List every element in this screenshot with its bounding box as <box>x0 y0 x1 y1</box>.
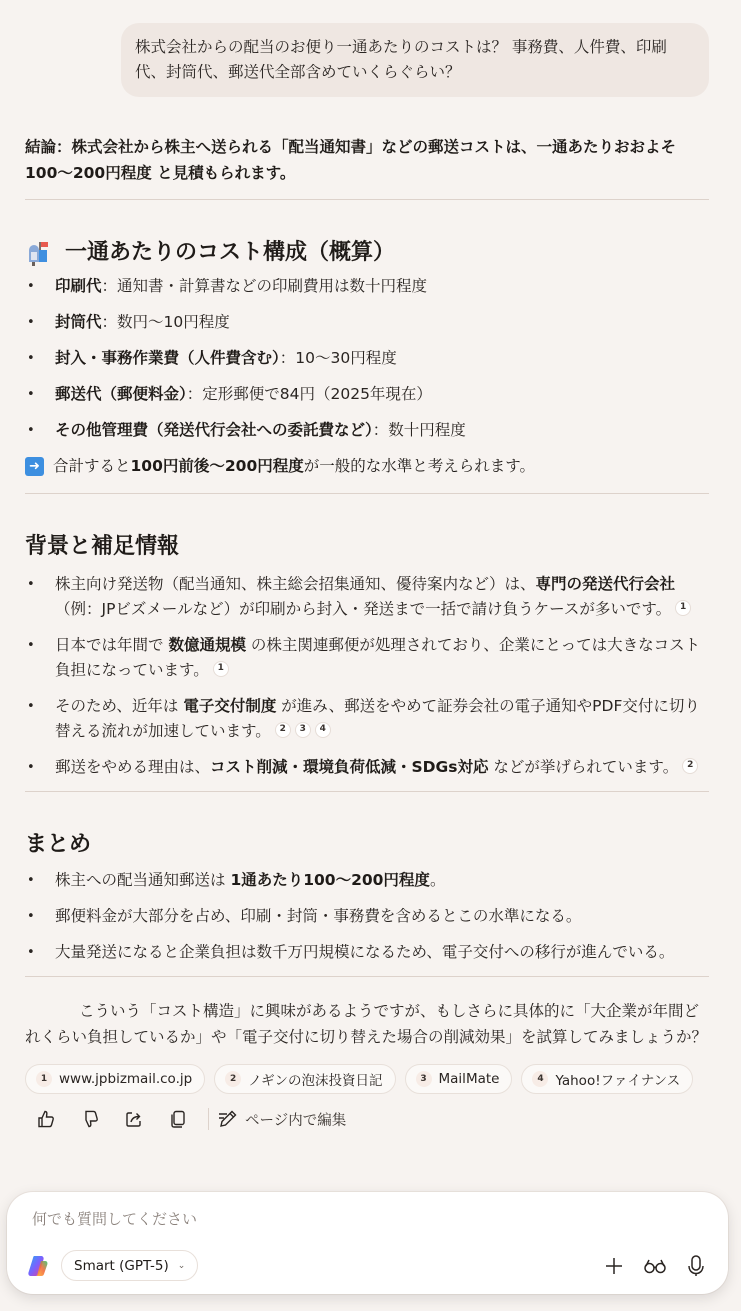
add-button[interactable] <box>600 1252 628 1280</box>
item-text: ：通知書・計算書などの印刷費用は数十円程度 <box>102 277 428 295</box>
copilot-logo-icon <box>26 1254 50 1278</box>
source-chip-4[interactable]: 4Yahoo!ファイナンス <box>521 1064 693 1094</box>
citation-badge[interactable]: 1 <box>675 600 691 616</box>
right-arrow-icon: ➜ <box>25 457 44 476</box>
microphone-icon <box>686 1254 706 1278</box>
user-message-text: 株式会社からの配当のお便り一通あたりのコストは？ 事務費、人件費、印刷代、封筒代… <box>135 38 667 81</box>
item-text: 株主への配当通知郵送は <box>55 871 230 889</box>
total-bold: 100円前後〜200円程度 <box>131 454 304 479</box>
chat-composer: Smart (GPT-5) ⌄ <box>7 1192 728 1294</box>
pencil-icon <box>217 1108 241 1130</box>
item-text: 日本では年間で <box>55 636 168 654</box>
edit-label: ページ内で編集 <box>245 1109 346 1130</box>
divider <box>25 791 709 792</box>
item-text: ：数円〜10円程度 <box>102 313 230 331</box>
dislike-button[interactable] <box>68 1104 112 1134</box>
list-item: 日本では年間で 数億通規模 の株主関連郵便が処理されており、企業にとっては大きな… <box>25 633 709 683</box>
list-item: 大量発送になると企業負担は数千万円規模になるため、電子交付への移行が進んでいる。 <box>25 940 709 965</box>
source-label: MailMate <box>439 1071 500 1087</box>
source-label: Yahoo!ファイナンス <box>555 1069 680 1089</box>
chat-input[interactable] <box>32 1208 632 1230</box>
summary-list: 株主への配当通知郵送は 1通あたり100〜200円程度。 郵便料金が大部分を占め… <box>25 868 709 965</box>
glasses-icon <box>643 1256 667 1276</box>
item-label: 印刷代 <box>55 277 102 295</box>
source-number: 2 <box>225 1071 241 1087</box>
item-bold: 専門の発送代行会社 <box>536 575 676 593</box>
assistant-answer: 結論：株式会社から株主へ送られる「配当通知書」などの郵送コストは、一通あたりおお… <box>25 134 709 1134</box>
chevron-down-icon: ⌄ <box>178 1261 186 1271</box>
source-label: ノギンの泡沫投資日記 <box>248 1069 382 1089</box>
vision-button[interactable] <box>641 1252 669 1280</box>
item-bold: 電子交付制度 <box>183 697 276 715</box>
model-label: Smart (GPT-5) <box>74 1258 169 1274</box>
source-label: www.jpbizmail.co.jp <box>59 1071 192 1087</box>
item-label: その他管理費（発送代行会社への委託費など） <box>55 421 373 439</box>
thumbs-down-icon <box>80 1109 100 1129</box>
item-text: ：定形郵便で84円（2025年現在） <box>187 385 432 403</box>
thumbs-up-icon <box>36 1109 56 1129</box>
list-item: 株主への配当通知郵送は 1通あたり100〜200円程度。 <box>25 868 709 893</box>
section-title: まとめ <box>25 830 91 860</box>
list-item: 封筒代：数円〜10円程度 <box>25 310 709 335</box>
total-line: ➜ 合計すると 100円前後〜200円程度 が一般的な水準と考えられます。 <box>25 454 709 479</box>
item-text: 。 <box>430 871 446 889</box>
source-chip-2[interactable]: 2ノギンの泡沫投資日記 <box>214 1064 395 1094</box>
item-bold: コスト削減・環境負荷低減・SDGs対応 <box>210 758 488 776</box>
item-text: などが挙げられています。 <box>489 758 679 776</box>
total-pre: 合計すると <box>53 454 131 479</box>
sources-list: 1www.jpbizmail.co.jp 2ノギンの泡沫投資日記 3MailMa… <box>25 1064 709 1094</box>
share-button[interactable] <box>112 1104 156 1134</box>
item-text: 郵便料金が大部分を占め、印刷・封筒・事務費を含めるとこの水準になる。 <box>55 907 581 925</box>
source-number: 1 <box>36 1071 52 1087</box>
share-icon <box>124 1109 144 1129</box>
plus-icon <box>604 1256 624 1276</box>
source-chip-1[interactable]: 1www.jpbizmail.co.jp <box>25 1064 205 1094</box>
list-item: 郵送をやめる理由は、コスト削減・環境負荷低減・SDGs対応 などが挙げられていま… <box>25 755 709 780</box>
item-label: 封筒代 <box>55 313 102 331</box>
item-bold: 1通あたり100〜200円程度 <box>230 871 430 889</box>
list-item: 郵便料金が大部分を占め、印刷・封筒・事務費を含めるとこの水準になる。 <box>25 904 709 929</box>
action-separator <box>208 1108 209 1130</box>
model-selector[interactable]: Smart (GPT-5) ⌄ <box>61 1250 198 1281</box>
background-list: 株主向け発送物（配当通知、株主総会招集通知、優待案内など）は、専門の発送代行会社… <box>25 572 709 780</box>
item-text: ：10〜30円程度 <box>280 349 397 367</box>
edit-in-page-button[interactable]: ページ内で編集 <box>217 1108 346 1130</box>
section-heading-background: 背景と補足情報 <box>25 532 709 562</box>
like-button[interactable] <box>24 1104 68 1134</box>
source-chip-3[interactable]: 3MailMate <box>405 1064 513 1094</box>
item-text: （例：JPビズメールなど）が印刷から封入・発送まで一括で請け負うケースが多いです… <box>55 600 671 618</box>
source-number: 4 <box>532 1071 548 1087</box>
mailbox-icon <box>25 240 55 266</box>
item-text: 郵送をやめる理由は、 <box>55 758 210 776</box>
divider <box>25 976 709 977</box>
source-number: 3 <box>416 1071 432 1087</box>
microphone-button[interactable] <box>682 1252 710 1280</box>
citation-badge[interactable]: 3 <box>295 722 311 738</box>
cost-breakdown-list: 印刷代：通知書・計算書などの印刷費用は数十円程度 封筒代：数円〜10円程度 封入… <box>25 274 709 443</box>
conclusion-text: 結論：株式会社から株主へ送られる「配当通知書」などの郵送コストは、一通あたりおお… <box>25 134 709 186</box>
user-message-bubble: 株式会社からの配当のお便り一通あたりのコストは？ 事務費、人件費、印刷代、封筒代… <box>121 23 709 97</box>
item-text: 大量発送になると企業負担は数千万円規模になるため、電子交付への移行が進んでいる。 <box>55 943 674 961</box>
citation-badge[interactable]: 4 <box>315 722 331 738</box>
list-item: その他管理費（発送代行会社への委託費など）：数十円程度 <box>25 418 709 443</box>
list-item: 郵送代（郵便料金）：定形郵便で84円（2025年現在） <box>25 382 709 407</box>
divider <box>25 493 709 494</box>
message-actions: ページ内で編集 <box>24 1104 709 1134</box>
total-post: が一般的な水準と考えられます。 <box>304 454 535 479</box>
list-item: 株主向け発送物（配当通知、株主総会招集通知、優待案内など）は、専門の発送代行会社… <box>25 572 709 622</box>
divider <box>25 199 709 200</box>
section-heading-summary: まとめ <box>25 830 709 860</box>
list-item: 封入・事務作業費（人件費含む）：10〜30円程度 <box>25 346 709 371</box>
copy-button[interactable] <box>156 1104 200 1134</box>
citation-badge[interactable]: 1 <box>213 661 229 677</box>
item-text: そのため、近年は <box>55 697 183 715</box>
copy-icon <box>168 1109 188 1129</box>
section-heading-cost: 一通あたりのコスト構成（概算） <box>25 238 709 268</box>
item-text: ：数十円程度 <box>373 421 466 439</box>
followup-text: こういう「コスト構造」に興味があるようですが、もしさらに具体的に「大企業が年間ど… <box>25 998 709 1050</box>
item-label: 封入・事務作業費（人件費含む） <box>55 349 280 367</box>
citation-badge[interactable]: 2 <box>275 722 291 738</box>
list-item: そのため、近年は 電子交付制度 が進み、郵送をやめて証券会社の電子通知やPDF交… <box>25 694 709 744</box>
item-bold: 数億通規模 <box>168 636 246 654</box>
list-item: 印刷代：通知書・計算書などの印刷費用は数十円程度 <box>25 274 709 299</box>
item-label: 郵送代（郵便料金） <box>55 385 187 403</box>
section-title: 一通あたりのコスト構成（概算） <box>65 238 395 268</box>
item-text: 株主向け発送物（配当通知、株主総会招集通知、優待案内など）は、 <box>55 575 536 593</box>
citation-badge[interactable]: 2 <box>682 758 698 774</box>
section-title: 背景と補足情報 <box>25 532 179 562</box>
